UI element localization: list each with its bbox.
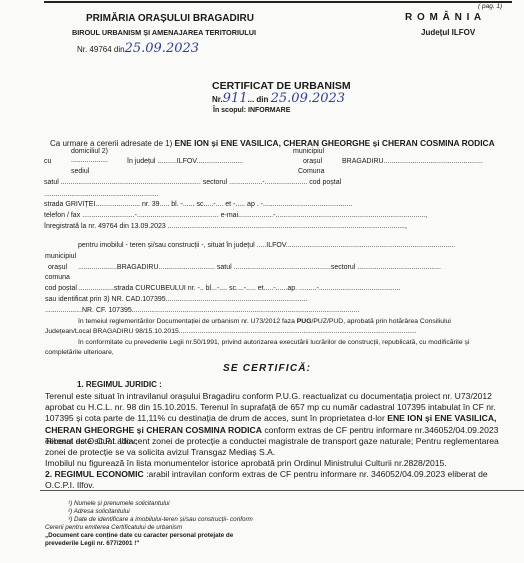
page-label: ( pag. 1) [478,3,502,10]
footnote-3: ³) Date de identificare a imobilului-ter… [68,516,253,524]
property-cf-line: ...................NR. CF. 107395.......… [45,307,359,314]
applicant-names: ENE ION și ENE VASILICA, CHERAN GHEORGHE… [175,138,495,148]
footnote-2: ²) Adresa solicitantului [68,508,130,516]
country-name: R O M Â N I A [405,12,482,23]
privacy-notice-line2: prevederile Legii nr. 677/2001 !" [45,540,139,548]
registration-prefix: Nr. 49764 din [77,45,125,54]
applicant-city: BRAGADIRU...............................… [342,158,483,165]
basis-text-bold: PUG [297,318,312,325]
municipiul-label: municipiul [293,148,324,155]
applicant-phone-line: telefon / fax ..........................… [44,212,427,219]
applicant-intro: Ca urmare a cererii adresate de 1) [50,139,172,148]
economic-regime-paragraph: 2. REGIMUL ECONOMIC :arabil intravilan c… [45,469,517,491]
registration-number: Nr. 49764 din25.09.2023 [77,41,199,56]
domicile-label: domiciliul 2) [71,148,108,155]
footnote-3-continued: Cererii pentru emiterea Certificatului d… [45,524,182,532]
comuna-label: Comuna [298,168,324,175]
sediul-label: sediul [71,168,89,175]
footnote-separator [40,490,524,491]
property-identified-line: sau identificat prin 3) NR. CAD.107395..… [45,296,308,303]
certificate-date-handwritten: 25.09.2023 [271,91,345,106]
applicant-registered-line: înregistrată la nr. 49764 din 13.09.2023… [44,223,407,230]
certificate-nr-din: ... din [248,95,269,104]
property-orasul-label: orașul [48,264,67,271]
property-municipiul-label: municipiul [45,253,76,260]
certificate-nr-prefix: Nr. [212,95,223,104]
property-basis-line: în temeiul reglementărilor Documentației… [78,318,451,325]
institution-name: PRIMĂRIA ORAȘULUI BRAGADIRU [86,13,254,24]
section-legal-regime-title: 1. REGIMUL JURIDIC : [77,380,162,389]
applicant-street-line: strada GRIVIȚEI....................... n… [44,201,352,208]
law-line: în conformitate cu prevederile Legii nr.… [78,339,469,346]
certificate-number: Nr.911... din 25.09.2023 [212,91,345,106]
section-economic-regime-title: 2. REGIMUL ECONOMIC [45,469,144,479]
applicant-village-line: satul ..................................… [44,179,341,186]
basis-text-post: /PUZ/PUD, aprobată prin hotărârea Consil… [311,318,450,325]
certifies-heading: SE CERTIFICĂ: [223,363,311,374]
property-basis-line2: Județean/Local BRAGADIRU 98/15.10.2015..… [45,328,417,335]
property-intro-line: pentru imobilul - teren și/sau construcț… [78,242,455,249]
cu-label: cu [44,158,51,165]
property-postal-line: cod poștal ..................strada CURC… [45,285,401,292]
footnote-1: ¹) Numele și prenumele solicitantului [68,500,170,508]
property-city-line: ....................BRAGADIRU...........… [78,264,441,271]
certificate-page: PRIMĂRIA ORAȘULUI BRAGADIRU BIROUL URBAN… [0,0,524,563]
property-comuna-label: comuna [45,274,70,281]
monuments-paragraph: Imobilul nu figurează în lista monumente… [45,458,517,469]
applicant-dots-line: ........................................… [44,191,159,198]
department-name: BIROUL URBANISM ȘI AMENAJAREA TERITORIUL… [72,28,256,37]
top-border-line [44,1,512,3]
orasul-label: orașul [303,158,322,165]
applicant-line: Ca urmare a cererii adresate de 1) ENE I… [50,138,495,148]
certificate-nr-handwritten: 911 [223,91,248,106]
applicant-county: în județul ..........ILFOV..............… [127,158,243,165]
certificate-purpose: În scopul: INFORMARE [213,107,290,114]
county-name: Județul ILFOV [421,28,475,37]
basis-text-pre: în temeiul reglementărilor Documentației… [78,318,297,325]
cu-dots: ................... [71,157,108,164]
protection-zone-paragraph: Terenul este situat adiacent zonei de pr… [45,436,517,458]
privacy-notice-line1: „Document care conține date cu caracter … [45,532,233,540]
registration-date-handwritten: 25.09.2023 [125,41,199,56]
law-line2: completările ulterioare, [45,349,114,356]
